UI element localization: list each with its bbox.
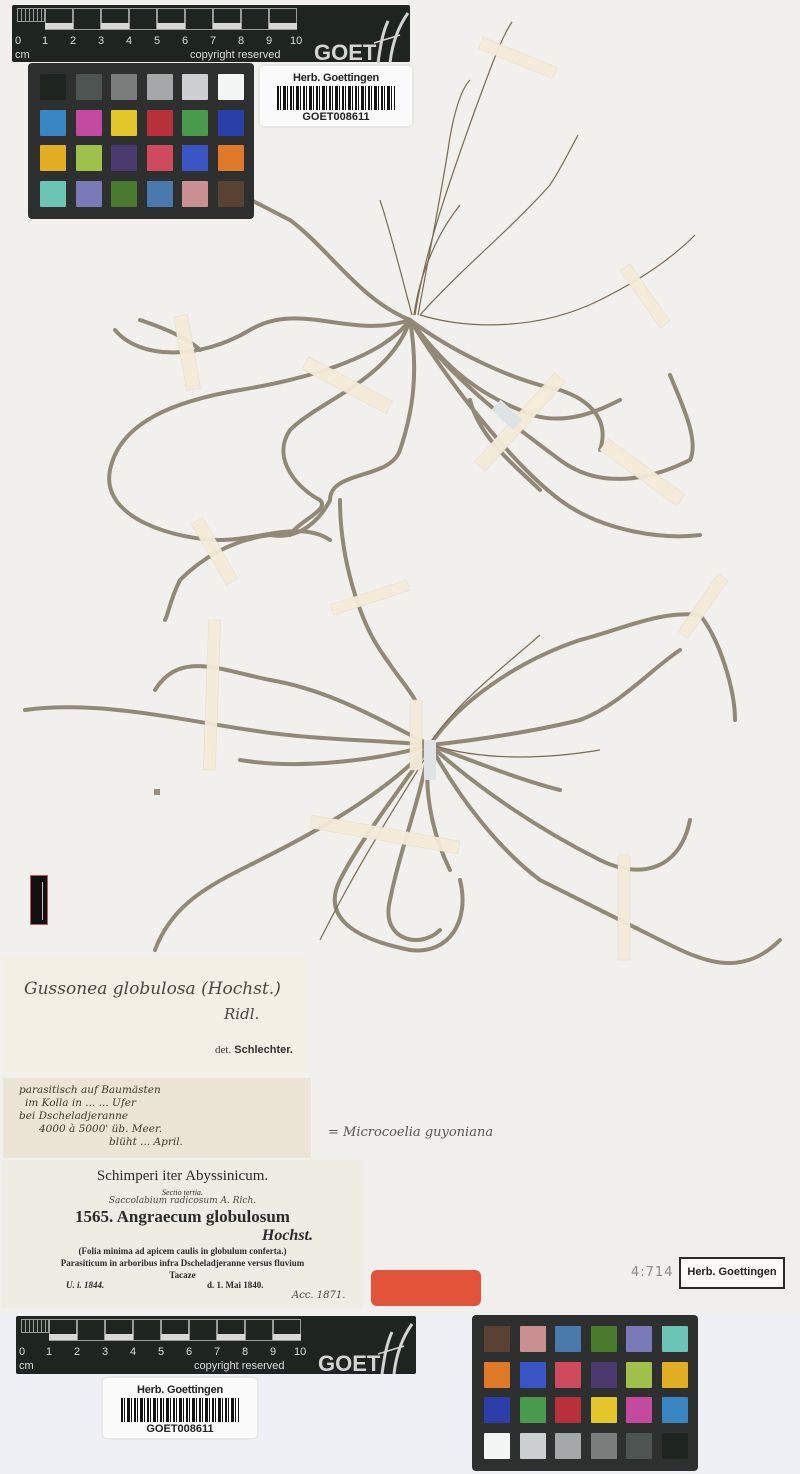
color-patch <box>40 145 66 171</box>
color-patch <box>520 1433 546 1459</box>
color-patch <box>484 1397 510 1423</box>
color-patch <box>111 181 137 207</box>
color-patch <box>555 1362 581 1388</box>
red-marker-tab <box>371 1270 481 1306</box>
herbarium-stamp: Herb. Goettingen <box>679 1257 785 1289</box>
color-calibration-chart-top <box>28 63 254 219</box>
collection-date: d. 1. Mai 1840. <box>207 1280 264 1290</box>
determiner-name: Schlechter. <box>234 1044 293 1056</box>
ruler-tick-label: 4 <box>126 35 132 47</box>
specimen-number-name: 1565. Angraecum globulosum <box>2 1207 363 1227</box>
barcode-number: GOET008611 <box>260 111 412 123</box>
color-patch <box>218 145 244 171</box>
barcode-icon <box>277 86 395 110</box>
color-patch <box>147 181 173 207</box>
color-patch <box>484 1433 510 1459</box>
ruler-tick-label: 3 <box>98 35 104 47</box>
color-patch <box>111 145 137 171</box>
color-patch <box>76 110 102 136</box>
reference-strip <box>30 875 48 925</box>
field-note-line: 4000 à 5000' üb. Meer. <box>19 1123 183 1136</box>
color-patch <box>182 110 208 136</box>
field-note-line: parasitisch auf Baumästen <box>19 1084 183 1097</box>
ruler-tick-label: 2 <box>74 1346 80 1358</box>
goet-logo-icon <box>370 9 410 67</box>
color-patch <box>40 181 66 207</box>
description-text: (Folia minima ad apicem caulis in globul… <box>2 1246 363 1256</box>
color-patch <box>626 1362 652 1388</box>
accession-number: 4:714 <box>631 1265 673 1280</box>
ruler-tick-label: 7 <box>210 35 216 47</box>
field-note-label: parasitisch auf Baumästen im Kolla in ..… <box>3 1078 311 1158</box>
color-patch <box>147 145 173 171</box>
ruler-tick-label: 3 <box>102 1346 108 1358</box>
determination-label: Gussonea globulosa (Hochst.) Ridl. det. … <box>2 957 306 1072</box>
color-patch <box>147 110 173 136</box>
color-patch <box>111 74 137 100</box>
distribution-text: U. i. 1844. <box>66 1280 104 1290</box>
color-patch <box>555 1433 581 1459</box>
handwritten-name: Gussonea globulosa (Hochst.) <box>24 979 281 999</box>
barcode-institution: Herb. Goettingen <box>103 1384 257 1396</box>
ruler-scale-bar <box>21 1319 301 1341</box>
ruler-tick-label: 10 <box>294 1346 306 1358</box>
scale-ruler-top: 0 1 2 3 4 5 6 7 8 9 10 cm copyright rese… <box>12 5 410 62</box>
ruler-tick-label: 1 <box>46 1346 52 1358</box>
ruler-tick-label: 9 <box>270 1346 276 1358</box>
locality-text: Tacaze <box>2 1270 363 1280</box>
color-patch <box>182 145 208 171</box>
goet-brand: GOET <box>318 1351 380 1377</box>
ruler-tick-label: 10 <box>290 35 302 47</box>
expedition-title: Schimperi iter Abyssinicum. <box>2 1168 363 1185</box>
color-patch <box>626 1397 652 1423</box>
copyright-text: copyright reserved <box>190 49 281 61</box>
color-patch <box>520 1397 546 1423</box>
ruler-tick-label: 9 <box>266 35 272 47</box>
ruler-unit: cm <box>15 49 30 61</box>
color-patch <box>40 110 66 136</box>
color-patch <box>76 145 102 171</box>
barcode-label-top: Herb. Goettingen GOET008611 <box>260 66 412 126</box>
color-patch <box>520 1362 546 1388</box>
color-patch <box>662 1362 688 1388</box>
scale-ruler-bottom: 0 1 2 3 4 5 6 7 8 9 10 cm copyright rese… <box>16 1316 416 1374</box>
field-note-line: blüht ... April. <box>19 1136 183 1149</box>
barcode-label-bottom: Herb. Goettingen GOET008611 <box>103 1378 257 1438</box>
handwritten-correction: Saccolabium radicosum A. Rich. <box>2 1196 363 1206</box>
barcode-institution: Herb. Goettingen <box>260 72 412 84</box>
ruler-tick-label: 8 <box>242 1346 248 1358</box>
color-patch <box>662 1326 688 1352</box>
color-patch <box>484 1362 510 1388</box>
color-patch <box>40 74 66 100</box>
barcode-icon <box>121 1398 239 1422</box>
ruler-tick-label: 7 <box>214 1346 220 1358</box>
color-patch <box>76 74 102 100</box>
specimen-fragment <box>154 789 160 795</box>
goet-logo-icon <box>374 1320 414 1378</box>
color-patch <box>520 1326 546 1352</box>
color-patch <box>76 181 102 207</box>
color-patch <box>591 1326 617 1352</box>
copyright-text: copyright reserved <box>194 1360 285 1372</box>
color-patch <box>555 1397 581 1423</box>
ruler-tick-label: 4 <box>130 1346 136 1358</box>
goet-brand: GOET <box>314 40 376 66</box>
color-calibration-chart-bottom <box>472 1315 698 1471</box>
color-patch <box>147 74 173 100</box>
ruler-scale-bar <box>17 8 297 30</box>
color-patch <box>182 181 208 207</box>
author-name: Hochst. <box>262 1227 313 1245</box>
original-printed-label: Schimperi iter Abyssinicum. Sectio terti… <box>2 1160 363 1308</box>
ruler-tick-label: 5 <box>154 35 160 47</box>
color-patch <box>484 1326 510 1352</box>
ruler-tick-label: 0 <box>19 1346 25 1358</box>
field-note-line: bei Dscheladjeranne <box>19 1110 183 1123</box>
handwritten-note: Acc. 1871. <box>292 1290 345 1301</box>
color-patch <box>662 1433 688 1459</box>
habitat-text: Parasiticum in arboribus infra Dscheladj… <box>2 1258 363 1268</box>
det-prefix: det. <box>215 1044 231 1056</box>
color-patch <box>662 1397 688 1423</box>
ruler-tick-label: 6 <box>186 1346 192 1358</box>
ruler-tick-label: 2 <box>70 35 76 47</box>
color-patch <box>626 1433 652 1459</box>
ruler-tick-label: 8 <box>238 35 244 47</box>
color-patch <box>591 1433 617 1459</box>
ruler-tick-label: 1 <box>42 35 48 47</box>
color-patch <box>182 74 208 100</box>
barcode-number: GOET008611 <box>103 1423 257 1435</box>
color-patch <box>218 110 244 136</box>
color-patch <box>591 1362 617 1388</box>
ruler-tick-label: 5 <box>158 1346 164 1358</box>
color-patch <box>218 181 244 207</box>
ruler-unit: cm <box>19 1360 34 1372</box>
handwritten-author: Ridl. <box>224 1005 259 1023</box>
field-note-line: im Kolla in ... ... Ufer <box>19 1097 183 1110</box>
color-patch <box>111 110 137 136</box>
color-patch <box>591 1397 617 1423</box>
color-patch <box>555 1326 581 1352</box>
synonym-annotation: = Microcoelia guyoniana <box>328 1125 493 1140</box>
color-patch <box>626 1326 652 1352</box>
color-patch <box>218 74 244 100</box>
ruler-tick-label: 6 <box>182 35 188 47</box>
ruler-tick-label: 0 <box>15 35 21 47</box>
